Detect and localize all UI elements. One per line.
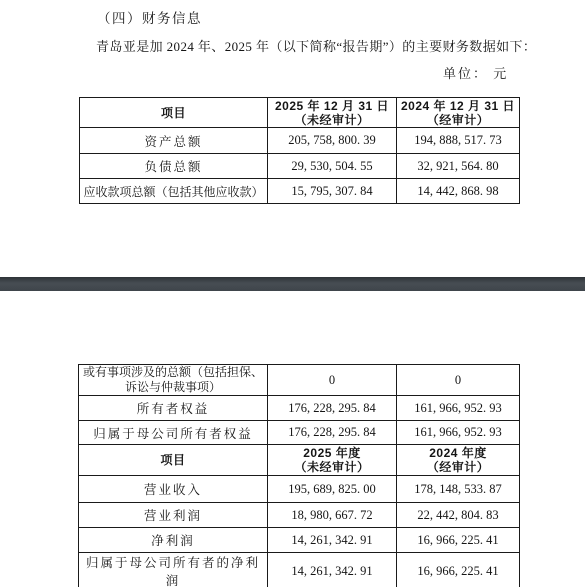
table-row: 归属于母公司所有者的净利润 14, 261, 342. 91 16, 966, …: [79, 553, 520, 587]
table-row: 营业利润 18, 980, 667. 72 22, 442, 804. 83: [79, 503, 520, 528]
operating-profit-2024-value: 22, 442, 804. 83: [397, 503, 520, 528]
financial-position-table: 项目 2025 年 12 月 31 日 （未经审计） 2024 年 12 月 3…: [79, 97, 520, 204]
table-row: 资产总额 205, 758, 800. 39 194, 888, 517. 73: [80, 128, 520, 154]
table1-header-row: 项目 2025 年 12 月 31 日 （未经审计） 2024 年 12 月 3…: [80, 98, 520, 128]
operating-revenue-label: 营业收入: [79, 476, 268, 503]
total-receivables-label: 应收款项总额（包括其他应收款）: [80, 179, 268, 204]
table-row: 所有者权益 176, 228, 295. 84 161, 966, 952. 9…: [79, 396, 520, 421]
operating-profit-label: 营业利润: [79, 503, 268, 528]
total-liabilities-label: 负债总额: [80, 154, 268, 179]
page-divider-bar: [0, 277, 585, 291]
parent-owners-equity-2024-value: 161, 966, 952. 93: [397, 421, 520, 445]
table-row: 或有事项涉及的总额（包括担保、 诉讼与仲裁事项） 0 0: [79, 365, 520, 396]
net-profit-label: 净利润: [79, 528, 268, 553]
parent-owners-equity-2025-value: 176, 228, 295. 84: [268, 421, 397, 445]
table-row: 营业收入 195, 689, 825. 00 178, 148, 533. 87: [79, 476, 520, 503]
owners-equity-label: 所有者权益: [79, 396, 268, 421]
equity-and-results-table: 或有事项涉及的总额（包括担保、 诉讼与仲裁事项） 0 0 所有者权益 176, …: [78, 364, 520, 587]
total-liabilities-2025-value: 29, 530, 504. 55: [268, 154, 397, 179]
table-row: 净利润 14, 261, 342. 91 16, 966, 225. 41: [79, 528, 520, 553]
table2-header-row: 项目 2025 年度 （未经审计） 2024 年度 （经审计）: [79, 445, 520, 476]
contingent-items-2024-value: 0: [397, 365, 520, 396]
parent-net-profit-label: 归属于母公司所有者的净利润: [79, 553, 268, 587]
intro-paragraph: 青岛亚是加 2024 年、2025 年（以下简称“报告期”）的主要财务数据如下：: [96, 36, 536, 55]
operating-revenue-2024-value: 178, 148, 533. 87: [397, 476, 520, 503]
col-2025-period-header: 2025 年度 （未经审计）: [268, 445, 397, 476]
total-receivables-2025-value: 15, 795, 307. 84: [268, 179, 397, 204]
total-assets-2024-value: 194, 888, 517. 73: [397, 128, 520, 154]
owners-equity-2025-value: 176, 228, 295. 84: [268, 396, 397, 421]
operating-profit-2025-value: 18, 980, 667. 72: [268, 503, 397, 528]
parent-net-profit-2025-value: 14, 261, 342. 91: [268, 553, 397, 587]
contingent-items-label: 或有事项涉及的总额（包括担保、 诉讼与仲裁事项）: [79, 365, 268, 396]
operating-revenue-2025-value: 195, 689, 825. 00: [268, 476, 397, 503]
parent-net-profit-2024-value: 16, 966, 225. 41: [397, 553, 520, 587]
col-item-header: 项目: [80, 98, 268, 128]
section-heading: （四）财务信息: [97, 7, 202, 27]
net-profit-2025-value: 14, 261, 342. 91: [268, 528, 397, 553]
col-2025-date-header: 2025 年 12 月 31 日 （未经审计）: [268, 98, 397, 128]
total-assets-label: 资产总额: [80, 128, 268, 154]
table-row: 应收款项总额（包括其他应收款） 15, 795, 307. 84 14, 442…: [80, 179, 520, 204]
table-row: 负债总额 29, 530, 504. 55 32, 921, 564. 80: [80, 154, 520, 179]
parent-owners-equity-label: 归属于母公司所有者权益: [79, 421, 268, 445]
total-liabilities-2024-value: 32, 921, 564. 80: [397, 154, 520, 179]
col-2024-period-header: 2024 年度 （经审计）: [397, 445, 520, 476]
total-assets-2025-value: 205, 758, 800. 39: [268, 128, 397, 154]
col-2024-date-header: 2024 年 12 月 31 日 （经审计）: [397, 98, 520, 128]
unit-label: 单位： 元: [443, 63, 508, 82]
net-profit-2024-value: 16, 966, 225. 41: [397, 528, 520, 553]
contingent-items-2025-value: 0: [268, 365, 397, 396]
owners-equity-2024-value: 161, 966, 952. 93: [397, 396, 520, 421]
col-item-header: 项目: [79, 445, 268, 476]
total-receivables-2024-value: 14, 442, 868. 98: [397, 179, 520, 204]
table-row: 归属于母公司所有者权益 176, 228, 295. 84 161, 966, …: [79, 421, 520, 445]
